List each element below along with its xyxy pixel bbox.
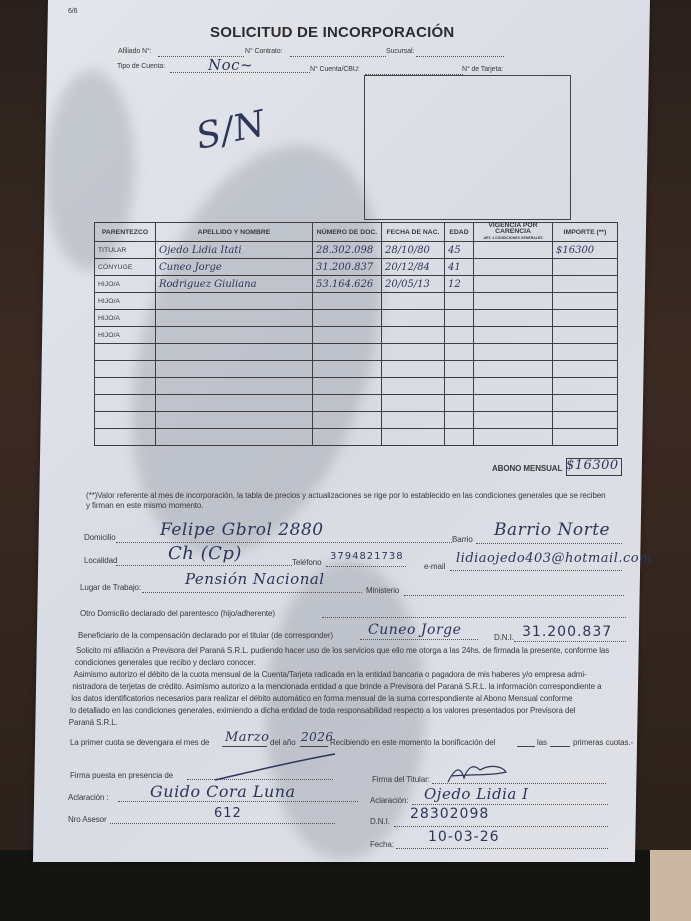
barrio-value: Barrio Norte [494,520,610,540]
parentezco-value: HIJO/A [98,315,120,322]
cell-fecha[interactable] [382,327,445,344]
cell-fecha[interactable] [382,412,445,429]
domicilio-field[interactable] [116,542,452,543]
dni-field[interactable] [394,826,608,827]
cell-nombre[interactable]: Cuneo Jorge [156,259,313,276]
edad-value: 45 [448,245,461,256]
sucursal-label: Sucursal: [386,48,414,55]
cell-nombre[interactable] [156,344,313,361]
bonif-las-field[interactable] [550,746,570,747]
cell-importe[interactable] [553,276,618,293]
lugar-trabajo-value: Pensión Nacional [185,570,325,588]
cell-vigencia[interactable] [474,242,553,259]
cell-doc[interactable] [313,293,382,310]
beneficiario-value: Cuneo Jorge [368,622,461,638]
fecha-field[interactable] [396,848,608,849]
cell-parentezco[interactable] [95,412,156,429]
cell-importe[interactable] [553,361,618,378]
table-header-row: PARENTEZCO APELLIDO Y NOMBRE NÚMERO DE D… [95,223,618,242]
cuota-mes-value: Marzo [225,730,269,745]
table-row: HIJO/ARodriguez Giuliana53.164.62620/05/… [95,276,618,293]
table-row [95,378,618,395]
legal-text-line: condiciones generales que recibo y decla… [75,658,256,668]
cell-importe[interactable]: $16300 [553,242,618,259]
cell-importe[interactable] [553,378,618,395]
aclaracion-right-value: Ojedo Lidia I [424,785,529,803]
cell-importe[interactable] [553,327,618,344]
fecha-value: 10-03-26 [428,829,500,845]
barrio-field[interactable] [476,543,622,544]
lugar-trabajo-label: Lugar de Trabajo: [80,583,141,592]
cell-vigencia[interactable] [474,327,553,344]
cell-doc[interactable] [313,310,382,327]
col-nombre: APELLIDO Y NOMBRE [156,223,313,242]
cell-importe[interactable] [553,412,618,429]
cell-parentezco[interactable]: HIJO/A [95,327,156,344]
cell-parentezco[interactable]: HIJO/A [95,310,156,327]
cell-parentezco[interactable] [95,429,156,446]
cell-vigencia[interactable] [474,310,553,327]
cell-nombre[interactable] [156,395,313,412]
cell-nombre[interactable] [156,327,313,344]
cell-edad[interactable] [445,327,474,344]
cell-parentezco[interactable] [95,344,156,361]
las-label: las [537,738,547,747]
beneficiario-field[interactable] [360,639,478,640]
table-row [95,344,618,361]
parentezco-value: CÓNYUGE [98,264,132,271]
cell-doc[interactable] [313,327,382,344]
cell-edad[interactable] [445,361,474,378]
otro-domicilio-field[interactable] [322,617,626,618]
localidad-label: Localidad [84,556,117,565]
tipo-cuenta-label: Tipo de Cuenta: [117,63,165,70]
table-row [95,361,618,378]
cell-edad[interactable] [445,344,474,361]
cell-importe[interactable] [553,344,618,361]
cell-vigencia[interactable] [474,429,553,446]
page-number: 6/6 [68,8,77,15]
col-parentezco: PARENTEZCO [95,223,156,242]
cell-edad[interactable] [445,395,474,412]
cell-nombre[interactable]: Ojedo Lidia Itati [156,242,313,259]
cell-fecha[interactable]: 20/12/84 [382,259,445,276]
legal-text-line: Solicito mi afiliación a Previsora del P… [76,646,609,656]
aclaracion-right-label: Aclaración: [370,796,408,805]
cell-nombre[interactable] [156,310,313,327]
table-row [95,429,618,446]
cell-parentezco[interactable] [95,361,156,378]
cell-parentezco[interactable] [95,378,156,395]
beneficiario-label: Beneficiario de la compensación declarad… [78,631,333,640]
aclaracion-left-label: Aclaración : [68,793,109,802]
page-title: SOLICITUD DE INCORPORACIÓN [210,24,454,41]
table-row: HIJO/A [95,293,618,310]
beneficiario-dni-label: D.N.I. [494,633,514,642]
fecha-value: 20/12/84 [385,262,430,273]
cell-vigencia[interactable] [474,361,553,378]
afiliado-label: Afiliado N°: [118,48,152,55]
nro-asesor-field[interactable] [110,823,335,824]
lugar-trabajo-field[interactable] [142,592,362,593]
parentezco-value: HIJO/A [98,281,120,288]
dni-value: 28302098 [410,806,489,822]
cell-fecha[interactable] [382,378,445,395]
cuenta-cbu-label: N° Cuenta/CBU: [310,66,360,73]
cell-nombre[interactable] [156,293,313,310]
cell-parentezco[interactable]: HIJO/A [95,293,156,310]
legal-text-line: nistradora de terjetas de crédito. Asimi… [72,682,601,692]
email-field[interactable] [450,570,622,571]
table-row: CÓNYUGECuneo Jorge31.200.83720/12/8441 [95,259,618,276]
otro-domicilio-label: Otro Domicilio declarado del parentesco … [80,609,275,618]
cuota-prefix: La primer cuota se devengara el mes de [70,738,209,747]
legal-text-line: Asimismo autorizo el débito de la cuota … [74,670,587,680]
cell-vigencia[interactable] [474,276,553,293]
localidad-value: Ch (Cp) [168,543,242,564]
ministerio-field[interactable] [404,595,624,596]
cell-vigencia[interactable] [474,395,553,412]
cell-parentezco[interactable] [95,395,156,412]
contrato-label: N° Contrato: [245,48,282,55]
abono-mensual-value: $16300 [566,458,619,473]
nro-asesor-value: 612 [214,806,242,821]
footnote-line-1: (**)Valor referente al mes de incorporac… [86,491,606,501]
col-fecha: FECHA DE NAC. [382,223,445,242]
col-importe: IMPORTE (**) [553,223,618,242]
table-row: TITULAROjedo Lidia Itati28.302.09828/10/… [95,242,618,259]
fecha-value: 20/05/13 [385,279,430,290]
cell-edad[interactable] [445,429,474,446]
edad-value: 41 [448,262,461,273]
cell-nombre[interactable] [156,378,313,395]
cell-doc[interactable] [313,429,382,446]
cuota-anio-label: del año [270,738,296,747]
col-edad: EDAD [445,223,474,242]
cell-doc[interactable] [313,395,382,412]
cell-doc[interactable] [313,412,382,429]
cell-nombre[interactable] [156,429,313,446]
cell-parentezco[interactable]: HIJO/A [95,276,156,293]
cell-parentezco[interactable]: TITULAR [95,242,156,259]
cell-vigencia[interactable] [474,259,553,276]
nombre-value: Cuneo Jorge [159,262,222,273]
cell-edad[interactable] [445,293,474,310]
footnote-line-2: y firman en este mismo momento. [86,501,203,511]
edad-value: 12 [448,279,461,290]
cell-nombre[interactable] [156,412,313,429]
cell-importe[interactable] [553,293,618,310]
email-value: lidiaojedo403@hotmail.com [456,551,652,566]
nombre-value: Rodriguez Giuliana [159,279,257,290]
telefono-label: Teléfono [292,558,321,567]
cuota-suffix: primeras cuotas.- [573,738,633,747]
firma-presencia-label: Firma puesta en presencia de [70,771,173,780]
cell-nombre[interactable]: Rodriguez Giuliana [156,276,313,293]
cell-fecha[interactable] [382,293,445,310]
tarjeta-label: N° de Tarjeta: [462,66,503,73]
contrato-field[interactable] [290,56,386,57]
abono-mensual-label: ABONO MENSUAL [492,464,562,473]
table-edge [650,850,691,921]
bonificacion-text: Recibiendo en este momento la bonificaci… [330,738,495,747]
cell-vigencia[interactable] [474,412,553,429]
dni-label: D.N.I. [370,817,390,826]
telefono-value: 3794821738 [330,551,404,562]
cuota-anio-value: 2026 [301,730,334,744]
cell-fecha[interactable] [382,429,445,446]
cell-doc[interactable] [313,361,382,378]
nro-asesor-label: Nro Asesor [68,815,107,824]
aclaracion-right-field[interactable] [412,804,608,805]
cell-fecha[interactable] [382,395,445,412]
parentezco-value: HIJO/A [98,332,120,339]
firma-titular-signature [440,760,510,786]
cell-fecha[interactable]: 28/10/80 [382,242,445,259]
cell-edad[interactable] [445,310,474,327]
sucursal-field[interactable] [416,56,504,57]
cell-doc[interactable]: 28.302.098 [313,242,382,259]
doc-value: 53.164.626 [316,279,373,290]
fecha-value: 28/10/80 [385,245,430,256]
fecha-label: Fecha: [370,840,394,849]
photo-box [364,75,571,220]
cell-doc[interactable] [313,378,382,395]
tipo-cuenta-value: Noc~ [208,56,253,74]
firma-titular-label: Firma del Titular: [372,775,430,784]
cell-edad[interactable] [445,378,474,395]
family-members-table: PARENTEZCO APELLIDO Y NOMBRE NÚMERO DE D… [94,222,618,446]
beneficiario-dni-value: 31.200.837 [522,624,612,640]
cell-parentezco[interactable]: CÓNYUGE [95,259,156,276]
cell-vigencia[interactable] [474,378,553,395]
cell-vigencia[interactable] [474,344,553,361]
cell-importe[interactable] [553,395,618,412]
aclaracion-left-field[interactable] [118,801,358,802]
table-row [95,412,618,429]
doc-value: 28.302.098 [316,245,373,256]
nombre-value: Ojedo Lidia Itati [159,245,242,256]
vigencia-title: VIGENCIA POR CARENCIA [488,222,537,235]
ministerio-label: Ministerio [366,586,399,595]
cell-importe[interactable] [553,259,618,276]
col-doc: NÚMERO DE DOC. [313,223,382,242]
vigencia-subtitle: ART. 4 CONDICIONES GENERALES [477,235,549,241]
domicilio-label: Domicilio [84,533,116,542]
firma-presencia-signature [210,752,340,782]
cuota-mes-field[interactable] [222,746,267,747]
telefono-field[interactable] [326,566,406,567]
cell-edad[interactable] [445,412,474,429]
table-row [95,395,618,412]
cell-edad[interactable]: 12 [445,276,474,293]
beneficiario-dni-field[interactable] [514,641,626,642]
doc-value: 31.200.837 [316,262,373,273]
aclaracion-left-value: Guido Cora Luna [150,782,296,801]
domicilio-value: Felipe Gbrol 2880 [160,520,324,540]
parentezco-value: TITULAR [98,247,126,254]
table-row: HIJO/A [95,327,618,344]
cell-importe[interactable] [553,310,618,327]
cell-fecha[interactable] [382,344,445,361]
importe-value: $16300 [556,245,594,256]
legal-text-line: lo detallado en las condiciones generale… [70,706,575,716]
cell-edad[interactable]: 41 [445,259,474,276]
localidad-field[interactable] [116,565,292,566]
cuota-anio-field[interactable] [300,746,328,747]
cell-fecha[interactable] [382,361,445,378]
legal-text-line: Paraná S.R.L. [69,718,118,728]
cell-vigencia[interactable] [474,293,553,310]
legal-text-line: los datos identificatorios necesarios pa… [71,694,572,704]
cell-nombre[interactable] [156,361,313,378]
cell-importe[interactable] [553,429,618,446]
parentezco-value: HIJO/A [98,298,120,305]
cell-doc[interactable]: 53.164.626 [313,276,382,293]
table-row: HIJO/A [95,310,618,327]
email-label: e-mail [424,562,445,571]
cell-fecha[interactable]: 20/05/13 [382,276,445,293]
cell-doc[interactable] [313,344,382,361]
cell-fecha[interactable] [382,310,445,327]
cell-edad[interactable]: 45 [445,242,474,259]
col-vigencia: VIGENCIA POR CARENCIA ART. 4 CONDICIONES… [474,223,553,242]
bonif-del-field[interactable] [517,746,535,747]
barrio-label: Barrio [452,535,473,544]
cell-doc[interactable]: 31.200.837 [313,259,382,276]
